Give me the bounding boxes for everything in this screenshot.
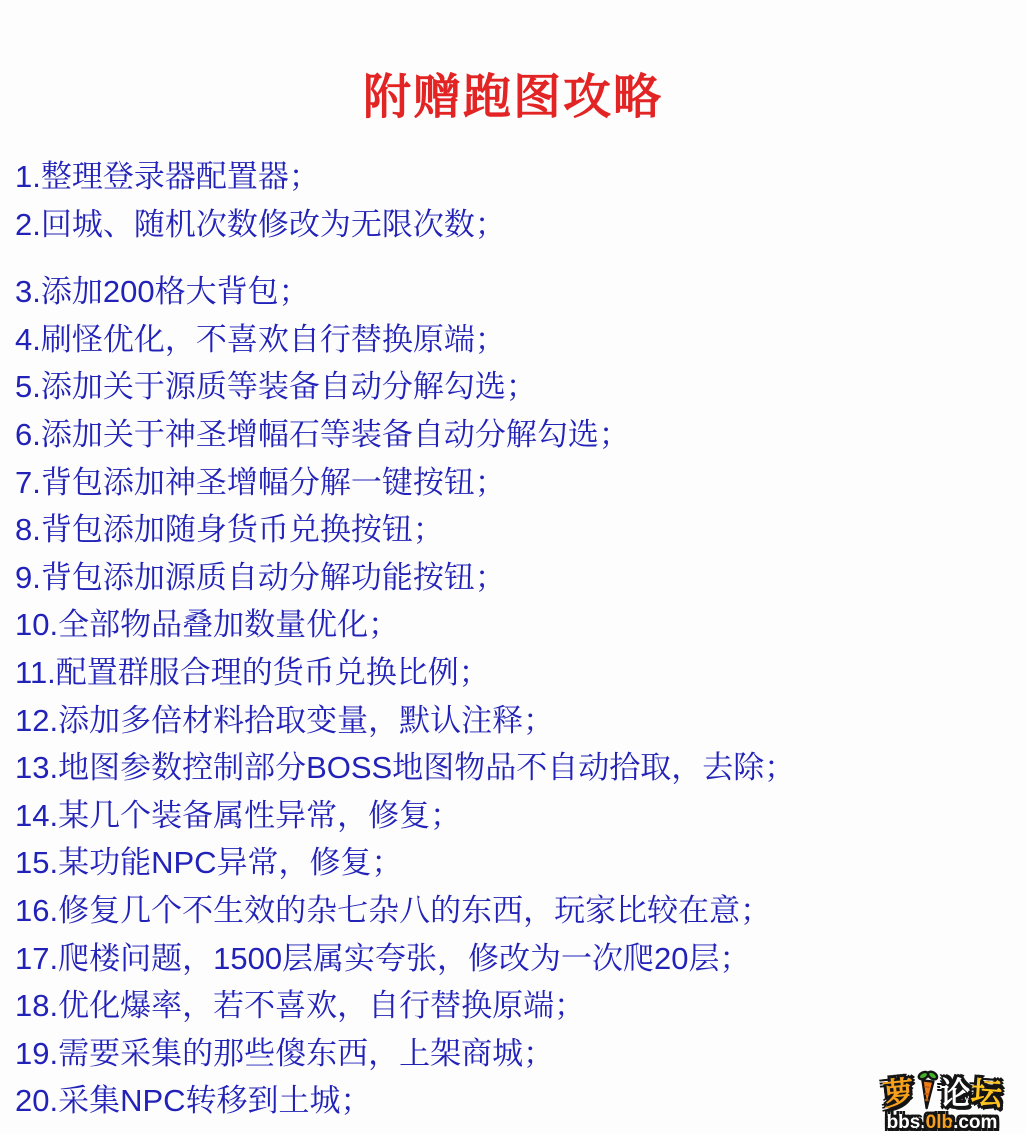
list-item: 14.某几个装备属性异常，修复； <box>15 792 1022 840</box>
list-item: 6.添加关于神圣增幅石等装备自动分解勾选； <box>15 411 1022 459</box>
list-item: 2.回城、随机次数修改为无限次数； <box>15 201 1022 249</box>
watermark-brand-char: 萝 <box>881 1076 915 1110</box>
watermark-url-mid: 0lb <box>926 1112 953 1133</box>
list-item: 9.背包添加源质自动分解功能按钮； <box>15 554 1022 602</box>
list-item: 16.修复几个不生效的杂七杂八的东西，玩家比较在意； <box>15 887 1022 935</box>
list-item: 15.某功能NPC异常，修复； <box>15 839 1022 887</box>
list-item: 13.地图参数控制部分BOSS地图物品不自动拾取，去除； <box>15 744 1022 792</box>
list-item: 8.背包添加随身货币兑换按钮； <box>15 506 1022 554</box>
watermark-brand: 萝 论 坛 <box>866 1071 1018 1115</box>
list-item: 3.添加200格大背包； <box>15 268 1022 316</box>
watermark-url: bbs.0lb.com <box>866 1113 1018 1132</box>
watermark-logo: 萝 论 坛 bbs.0lb.com <box>866 1071 1018 1132</box>
watermark-url-suffix: .com <box>953 1112 997 1133</box>
list-item: 12.添加多倍材料拾取变量，默认注释； <box>15 697 1022 745</box>
list-item: 18.优化爆率，若不喜欢，自行替换原端； <box>15 982 1022 1030</box>
list-item: 5.添加关于源质等装备自动分解勾选； <box>15 363 1022 411</box>
list-item: 10.全部物品叠加数量优化； <box>15 601 1022 649</box>
page-title: 附赠跑图攻略 <box>0 58 1026 127</box>
list-item: 11.配置群服合理的货币兑换比例； <box>15 649 1022 697</box>
watermark-brand-char: 坛 <box>969 1076 1002 1109</box>
list-item: 4.刷怪优化，不喜欢自行替换原端； <box>15 316 1022 364</box>
list-item: 1.整理登录器配置器； <box>15 153 1022 201</box>
watermark-brand-char: 论 <box>940 1078 971 1109</box>
carrot-icon <box>912 1068 940 1112</box>
list-item: 17.爬楼问题，1500层属实夸张，修改为一次爬20层； <box>15 935 1022 983</box>
list-item: 7.背包添加神圣增幅分解一键按钮； <box>15 459 1022 507</box>
watermark-url-prefix: bbs. <box>887 1112 926 1133</box>
patch-notes-list: 1.整理登录器配置器； 2.回城、随机次数修改为无限次数； 3.添加200格大背… <box>15 153 1022 1125</box>
